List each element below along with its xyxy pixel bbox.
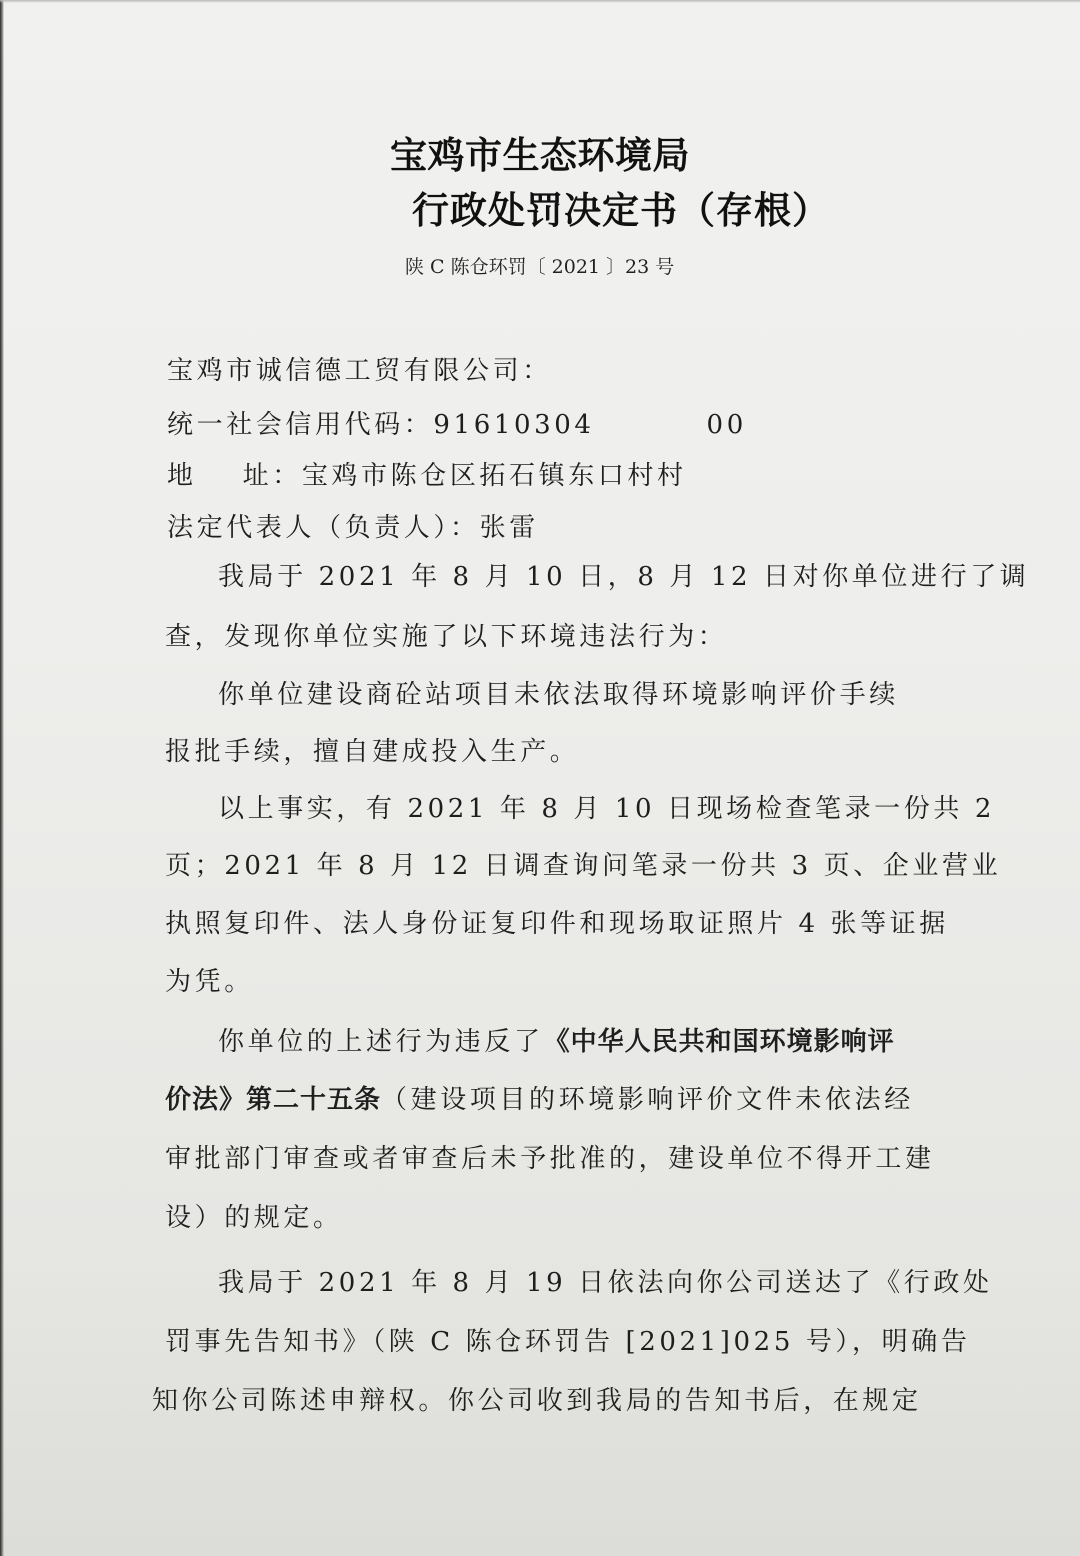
paragraph-3-line-4: 为凭。 bbox=[165, 961, 254, 998]
paragraph-4-line-4: 设）的规定。 bbox=[165, 1197, 343, 1234]
credit-code-row: 统一社会信用代码：9161030400 bbox=[167, 404, 747, 441]
paragraph-2-line-2: 报批手续，擅自建成投入生产。 bbox=[165, 731, 579, 768]
paragraph-2-line-1: 你单位建设商砼站项目未依法取得环境影响评价手续 bbox=[218, 674, 899, 711]
representative-row: 法定代表人（负责人）：张雷 bbox=[167, 507, 539, 544]
paragraph-5-line-1: 我局于 2021 年 8 月 19 日依法向你公司送达了《行政处 bbox=[218, 1262, 993, 1299]
address-label-part1: 地 bbox=[167, 461, 197, 491]
paragraph-1-line-2: 查，发现你单位实施了以下环境违法行为： bbox=[165, 616, 727, 653]
paper-left-edge bbox=[0, 0, 4, 1556]
paragraph-5-line-2: 罚事先告知书》（陕 C 陈仓环罚告 [2021]025 号），明确告 bbox=[165, 1321, 970, 1358]
law-name-part2: 价法》第二十五条 bbox=[165, 1085, 381, 1115]
paragraph-3-line-3: 执照复印件、法人身份证复印件和现场取证照片 4 张等证据 bbox=[165, 903, 949, 940]
address-value: 宝鸡市陈仓区拓石镇东口村村 bbox=[302, 461, 687, 491]
document-type-title: 行政处罚决定书（存根） bbox=[412, 180, 830, 234]
paragraph-4-line-2: 价法》第二十五条（建设项目的环境影响评价文件未依法经 bbox=[165, 1079, 914, 1116]
party-name: 宝鸡市诚信德工贸有限公司： bbox=[167, 350, 552, 387]
representative-value: 张雷 bbox=[480, 513, 539, 543]
paper-top-edge bbox=[0, 0, 1080, 3]
representative-label: 法定代表人（负责人）： bbox=[167, 513, 480, 543]
paragraph-3-line-1: 以上事实，有 2021 年 8 月 10 日现场检查笔录一份共 2 bbox=[218, 788, 995, 825]
address-row: 地址：宝鸡市陈仓区拓石镇东口村村 bbox=[167, 455, 687, 492]
credit-code-label: 统一社会信用代码： bbox=[167, 410, 433, 440]
credit-code-prefix: 91610304 bbox=[433, 410, 594, 440]
law-name-part1: 《中华人民共和国环境影响评 bbox=[544, 1027, 895, 1057]
agency-title: 宝鸡市生态环境局 bbox=[390, 125, 690, 179]
paragraph-5-line-3: 知你公司陈述申辩权。你公司收到我局的告知书后，在规定 bbox=[152, 1380, 922, 1417]
paragraph-4-line-3: 审批部门审查或者审查后未予批准的，建设单位不得开工建 bbox=[165, 1138, 935, 1175]
paragraph-3-line-2: 页；2021 年 8 月 12 日调查询问笔录一份共 3 页、企业营业 bbox=[165, 845, 1001, 882]
credit-code-suffix: 00 bbox=[707, 410, 747, 440]
address-label-part2: 址： bbox=[243, 461, 302, 491]
paragraph-4-line-1: 你单位的上述行为违反了《中华人民共和国环境影响评 bbox=[218, 1021, 895, 1058]
paragraph-1-line-1: 我局于 2021 年 8 月 10 日，8 月 12 日对你单位进行了调 bbox=[218, 556, 1029, 593]
document-number: 陕 C 陈仓环罚〔 2021 〕23 号 bbox=[405, 252, 674, 279]
law-article-text: （建设项目的环境影响评价文件未依法经 bbox=[381, 1085, 914, 1115]
violation-intro: 你单位的上述行为违反了 bbox=[218, 1027, 544, 1057]
